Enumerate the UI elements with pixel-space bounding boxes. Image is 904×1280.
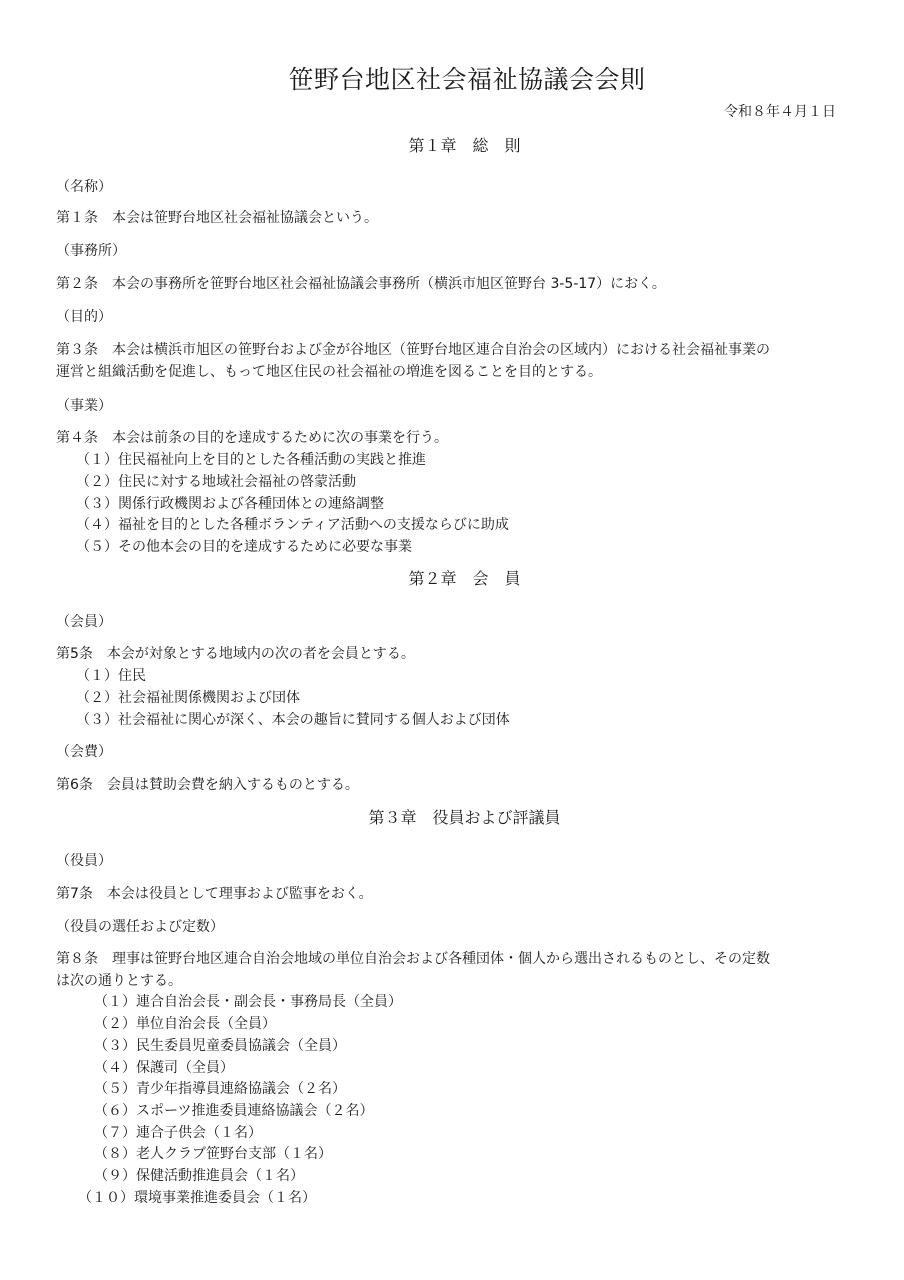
article-8-line-2: は次の通りとする。: [56, 970, 182, 990]
article-2-text: 第２条 本会の事務所を笹野台地区社会福祉協議会事務所（横浜市旭区笹野台 3-5-…: [56, 273, 666, 293]
article-8-item-6: （６）スポーツ推進委員連絡協議会（２名）: [94, 1100, 373, 1120]
article-4-item-3: （３）関係行政機関および各種団体との連絡調整: [76, 493, 384, 513]
enactment-date: 令和８年４月１日: [724, 101, 836, 121]
article-8-item-8: （８）老人クラブ笹野台支部（１名）: [94, 1143, 332, 1163]
article-4-item-1: （１）住民福祉向上を目的とした各種活動の実践と推進: [76, 449, 426, 469]
article-4-text: 第４条 本会は前条の目的を達成するために次の事業を行う。: [56, 427, 448, 447]
article-4-item-4: （４）福祉を目的とした各種ボランティア活動への支援ならびに助成: [76, 514, 509, 534]
article-3-caption: （目的）: [56, 306, 112, 326]
article-3-line-1: 第３条 本会は横浜市旭区の笹野台および金が谷地区（笹野台地区連合自治会の区域内）…: [56, 339, 770, 359]
article-5-text: 第5条 本会が対象とする地域内の次の者を会員とする。: [56, 643, 415, 663]
article-8-item-9: （９）保健活動推進員会（１名）: [94, 1165, 304, 1185]
article-4-item-2: （２）住民に対する地域社会福祉の啓蒙活動: [76, 471, 356, 491]
article-6-text: 第6条 会員は賛助会費を納入するものとする。: [56, 774, 359, 794]
article-1-text: 第１条 本会は笹野台地区社会福祉協議会という。: [56, 207, 378, 227]
chapter-3-heading: 第３章 役員および評議員: [0, 805, 904, 828]
chapter-2-heading: 第２章 会 員: [0, 566, 904, 589]
chapter-1-heading: 第１章 総 則: [0, 133, 904, 156]
article-2-caption: （事務所）: [56, 240, 126, 260]
article-6-caption: （会費）: [56, 741, 112, 761]
article-5-item-2: （２）社会福祉関係機関および団体: [76, 687, 300, 707]
article-5-item-3: （３）社会福祉に関心が深く、本会の趣旨に賛同する個人および団体: [76, 709, 510, 729]
article-3-line-2: 運営と組織活動を促進し、もって地区住民の社会福祉の増進を図ることを目的とする。: [56, 361, 602, 381]
article-8-item-1: （１）連合自治会長・副会長・事務局長（全員）: [94, 991, 402, 1011]
document-title: 笹野台地区社会福祉協議会会則: [0, 60, 904, 96]
article-8-caption: （役員の選任および定数）: [56, 916, 224, 936]
article-5-item-1: （１）住民: [76, 665, 146, 685]
article-8-item-10: （１０）環境事業推進委員会（１名）: [78, 1187, 316, 1207]
article-1-caption: （名称）: [56, 176, 112, 196]
article-4-item-5: （５）その他本会の目的を達成するために必要な事業: [76, 536, 412, 556]
article-7-text: 第7条 本会は役員として理事および監事をおく。: [56, 883, 373, 903]
article-8-line-1: 第８条 理事は笹野台地区連合自治会地域の単位自治会および各種団体・個人から選出さ…: [56, 948, 770, 968]
article-5-caption: （会員）: [56, 611, 112, 631]
article-8-item-7: （７）連合子供会（１名）: [94, 1122, 262, 1142]
article-8-item-3: （３）民生委員児童委員協議会（全員）: [94, 1035, 346, 1055]
article-8-item-4: （４）保護司（全員）: [94, 1057, 234, 1077]
article-4-caption: （事業）: [56, 395, 112, 415]
article-7-caption: （役員）: [56, 850, 112, 870]
article-8-item-5: （５）青少年指導員連絡協議会（２名）: [94, 1078, 346, 1098]
article-8-item-2: （２）単位自治会長（全員）: [94, 1013, 276, 1033]
